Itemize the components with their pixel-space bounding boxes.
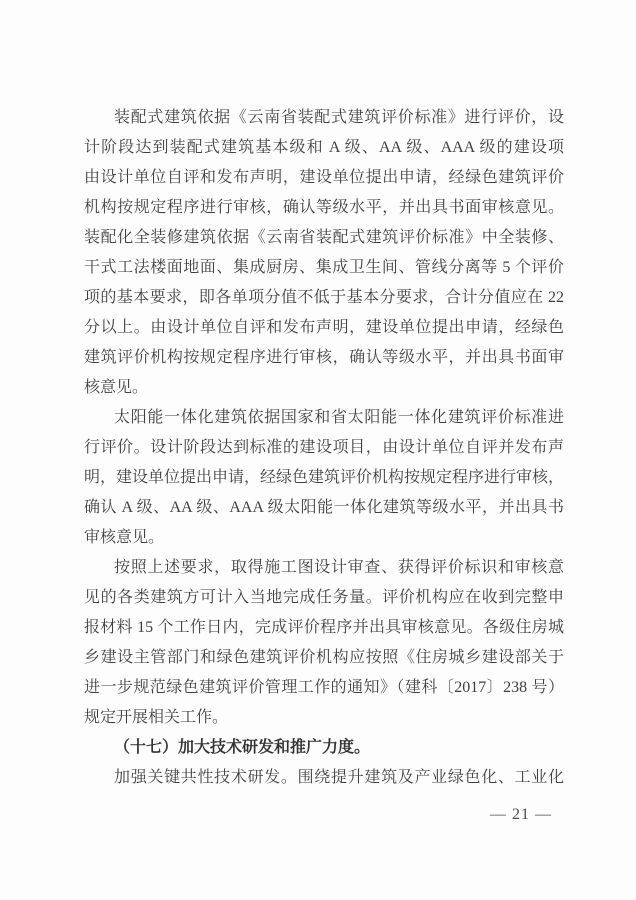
text-line: 报材料 15 个工作日内，完成评价程序并出具审核意见。各级住房城 (84, 613, 564, 643)
text-line: 进一步规范绿色建筑评价管理工作的通知》（建科〔2017〕238 号） (84, 673, 564, 703)
text-line: 干式工法楼面地面、集成厨房、集成卫生间、管线分离等 5 个评价 (84, 253, 564, 283)
text-line: 按照上述要求，取得施工图设计审查、获得评价标识和审核意 (84, 553, 564, 583)
text-line: 乡建设主管部门和绿色建筑评价机构应按照《住房城乡建设部关于 (84, 643, 564, 673)
text-line: 分以上。由设计单位自评和发布声明，建设单位提出申请，经绿色 (84, 313, 564, 343)
text-line: 由设计单位自评和发布声明，建设单位提出申请，经绿色建筑评价 (84, 163, 564, 193)
text-line: 装配化全装修建筑依据《云南省装配式建筑评价标准》中全装修、 (84, 223, 564, 253)
text-line: 太阳能一体化建筑依据国家和省太阳能一体化建筑评价标准进 (84, 403, 564, 433)
text-line: 审核意见。 (84, 523, 564, 553)
text-line: 见的各类建筑方可计入当地完成任务量。评价机构应在收到完整申 (84, 583, 564, 613)
text-line: 机构按规定程序进行审核，确认等级水平，并出具书面审核意见。 (84, 193, 564, 223)
text-line: 规定开展相关工作。 (84, 703, 564, 733)
section-heading: （十七）加大技术研发和推广力度。 (84, 733, 564, 763)
document-body: 装配式建筑依据《云南省装配式建筑评价标准》进行评价，设计阶段达到装配式建筑基本级… (84, 103, 564, 793)
text-line: 计阶段达到装配式建筑基本级和 A 级、AA 级、AAA 级的建设项目， (84, 133, 564, 163)
text-line: 项的基本要求，即各单项分值不低于基本分要求，合计分值应在 22 (84, 283, 564, 313)
document-page: 装配式建筑依据《云南省装配式建筑评价标准》进行评价，设计阶段达到装配式建筑基本级… (0, 0, 636, 900)
text-line: 建筑评价机构按规定程序进行审核，确认等级水平，并出具书面审 (84, 343, 564, 373)
text-line: 明，建设单位提出申请，经绿色建筑评价机构按规定程序进行审核， (84, 463, 564, 493)
text-line: 加强关键共性技术研发。围绕提升建筑及产业绿色化、工业化 (84, 763, 564, 793)
text-line: 确认 A 级、AA 级、AAA 级太阳能一体化建筑等级水平，并出具书面 (84, 493, 564, 523)
page-number: — 21 — (490, 804, 552, 826)
text-line: 装配式建筑依据《云南省装配式建筑评价标准》进行评价，设 (84, 103, 564, 133)
text-line: 行评价。设计阶段达到标准的建设项目，由设计单位自评并发布声 (84, 433, 564, 463)
text-line: 核意见。 (84, 373, 564, 403)
